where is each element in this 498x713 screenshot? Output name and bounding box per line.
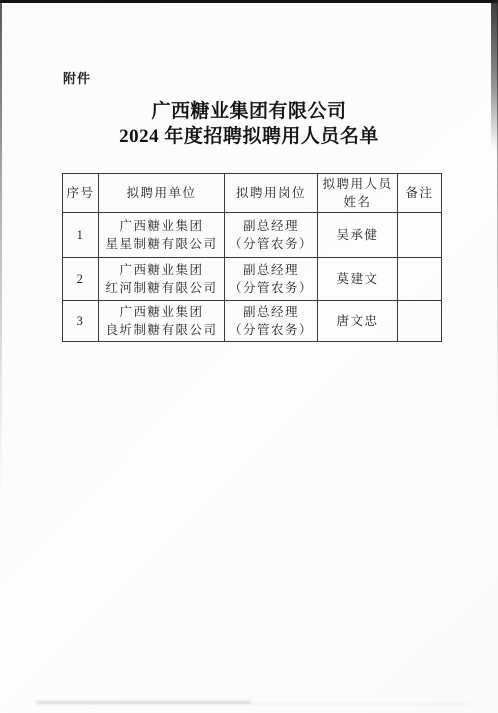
scan-edge-left	[0, 3, 2, 503]
header-unit: 拟聘用单位	[99, 174, 225, 213]
header-name-line1: 拟聘用人员	[320, 175, 395, 193]
document-title-line1: 广西糖业集团有限公司	[0, 96, 498, 123]
cell-unit-line1: 广西糖业集团	[101, 261, 222, 279]
attachment-label: 附件	[63, 68, 91, 87]
scanned-document-page: 附件 广西糖业集团有限公司 2024 年度招聘拟聘用人员名单 序号 拟聘用单位 …	[0, 0, 498, 713]
cell-unit: 广西糖业集团 良圻制糖有限公司	[99, 301, 225, 342]
cell-remark	[398, 301, 442, 342]
cell-position-line1: 副总经理	[227, 217, 315, 235]
header-name: 拟聘用人员 姓名	[318, 174, 398, 213]
table-header-row: 序号 拟聘用单位 拟聘用岗位 拟聘用人员 姓名 备注	[63, 174, 442, 213]
cell-position-line2: （分管农务）	[227, 321, 315, 339]
cell-serial-number: 1	[63, 213, 99, 258]
table-row: 2 广西糖业集团 红河制糖有限公司 副总经理 （分管农务） 莫建文	[63, 258, 442, 301]
header-position: 拟聘用岗位	[225, 174, 318, 213]
table-row: 1 广西糖业集团 星星制糖有限公司 副总经理 （分管农务） 吴承健	[63, 213, 442, 258]
personnel-roster-table: 序号 拟聘用单位 拟聘用岗位 拟聘用人员 姓名 备注 1 广西糖业集团 星星制糖…	[62, 173, 442, 342]
scan-edge-top	[0, 0, 498, 3]
cell-position-line2: （分管农务）	[227, 235, 315, 253]
cell-name: 吴承健	[318, 213, 398, 258]
cell-position: 副总经理 （分管农务）	[225, 213, 318, 258]
cell-position-line1: 副总经理	[227, 261, 315, 279]
scan-smudge-bottom	[36, 701, 251, 704]
cell-remark	[398, 213, 442, 258]
cell-unit-line2: 红河制糖有限公司	[101, 279, 222, 297]
scan-smudge-bottom-right	[250, 703, 470, 705]
header-name-line2: 姓名	[320, 193, 395, 211]
table-row: 3 广西糖业集团 良圻制糖有限公司 副总经理 （分管农务） 唐文忠	[63, 301, 442, 342]
cell-position: 副总经理 （分管农务）	[225, 258, 318, 301]
cell-unit-line2: 星星制糖有限公司	[101, 235, 222, 253]
cell-unit-line1: 广西糖业集团	[101, 303, 222, 321]
cell-name: 唐文忠	[318, 301, 398, 342]
cell-unit: 广西糖业集团 星星制糖有限公司	[99, 213, 225, 258]
document-title-line2: 2024 年度招聘拟聘用人员名单	[0, 121, 498, 148]
cell-position-line1: 副总经理	[227, 303, 315, 321]
cell-serial-number: 2	[63, 258, 99, 301]
cell-unit: 广西糖业集团 红河制糖有限公司	[99, 258, 225, 301]
cell-name: 莫建文	[318, 258, 398, 301]
cell-unit-line2: 良圻制糖有限公司	[101, 321, 222, 339]
cell-remark	[398, 258, 442, 301]
cell-unit-line1: 广西糖业集团	[101, 217, 222, 235]
cell-position-line2: （分管农务）	[227, 279, 315, 297]
header-remark: 备注	[398, 174, 442, 213]
cell-serial-number: 3	[63, 301, 99, 342]
header-serial-number: 序号	[63, 174, 99, 213]
cell-position: 副总经理 （分管农务）	[225, 301, 318, 342]
